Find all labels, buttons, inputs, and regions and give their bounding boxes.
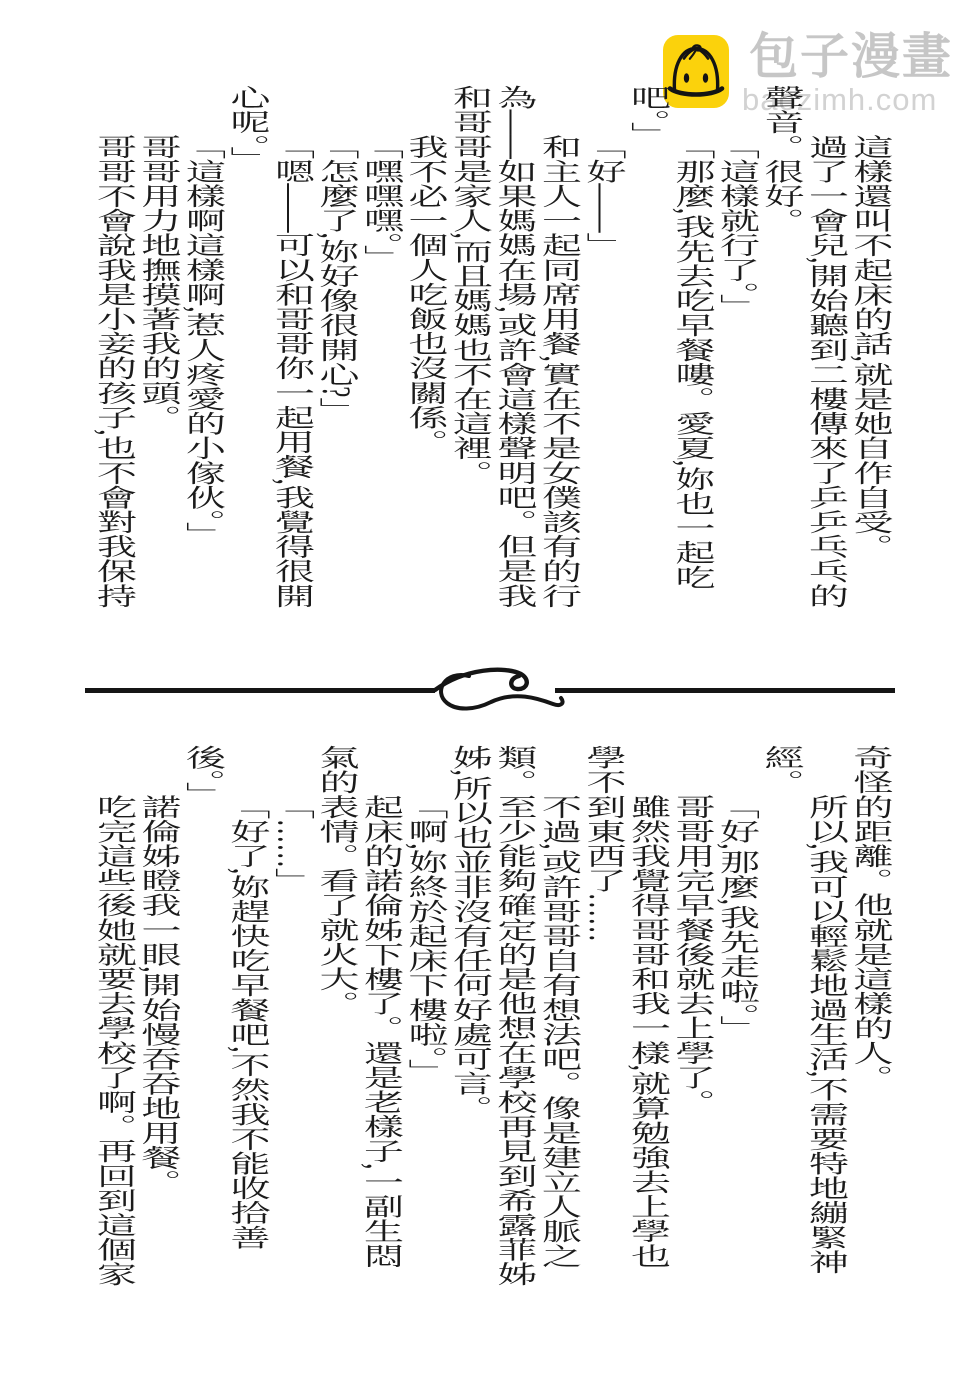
paragraph: 和主人一起同席用餐,實在不是女僕該有的行為——如果媽媽在場,或許會這樣聲明吧。但… <box>447 85 581 626</box>
paragraph: 過了一會兒,開始聽到二樓傳來了乒乒乓乓的聲音。很好。 <box>759 85 848 626</box>
paragraph: 「好,那麼,我先走啦。」 <box>714 745 759 1286</box>
paragraph: 「這樣啊這樣啊,惹人疼愛的小傢伙。」 <box>180 85 225 626</box>
paragraph: 「嗯——可以和哥哥你一起用餐,我覺得很開心呢。」 <box>225 85 314 626</box>
paragraph: 吃完這些後她就要去學校了啊。再回到這個家 <box>91 745 136 1286</box>
paragraph: 不過,或許哥哥自有想法吧。像是建立人脈之類。至少能夠確定的是他想在學校再見到希露… <box>447 745 581 1286</box>
paragraph: 起床的諾倫姊下樓了。還是老樣子,一副生悶氣的表情。看了就火大。 <box>314 745 403 1286</box>
text-section-top: 這樣還叫不起床的話,就是她自作自受。 過了一會兒,開始聽到二樓傳來了乒乒乓乓的聲… <box>91 85 892 626</box>
paragraph: 奇怪的距離。他就是這樣的人。 <box>848 745 893 1286</box>
paragraph: 哥哥用完早餐後就去上學了。 <box>670 745 715 1286</box>
paragraph: 所以,我可以輕鬆地過生活,不需要特地繃緊神經。 <box>759 745 848 1286</box>
section-divider-flourish <box>85 660 895 724</box>
novel-page-canvas: 包子漫畫 baozimh.com 這樣還叫不起床的話,就是她自作自受。 過了一會… <box>0 0 980 1389</box>
paragraph: 「這樣就行了。」 <box>714 85 759 626</box>
paragraph: 「那麼,我先去吃早餐嘍。愛夏,妳也一起吃吧。」 <box>625 85 714 626</box>
paragraph: 這樣還叫不起床的話,就是她自作自受。 <box>848 85 893 626</box>
watermark-brand-text: 包子漫畫 <box>749 33 953 82</box>
paragraph: 哥哥不會說我是小妾的孩子,也不會對我保持 <box>91 85 136 626</box>
paragraph: 「怎麼了,妳好像很開心?」 <box>314 85 359 626</box>
paragraph: 「嘿嘿嘿。」 <box>358 85 403 626</box>
paragraph: 雖然我覺得哥哥和我一樣,就算勉強去上學也學不到東西了…… <box>581 745 670 1286</box>
paragraph: 「啊,妳終於起床下樓啦。」 <box>403 745 448 1286</box>
paragraph: 「好了,妳趕快吃早餐吧,不然我不能收拾善後。」 <box>180 745 269 1286</box>
paragraph: 哥哥用力地撫摸著我的頭。 <box>136 85 181 626</box>
paragraph: 諾倫姊瞪我一眼,開始慢吞吞地用餐。 <box>136 745 181 1286</box>
paragraph: 我不必一個人吃飯也沒關係。 <box>403 85 448 626</box>
paragraph: 「……」 <box>269 745 314 1286</box>
text-section-bottom: 奇怪的距離。他就是這樣的人。 所以,我可以輕鬆地過生活,不需要特地繃緊神經。 「… <box>91 745 892 1286</box>
paragraph: 「好——」 <box>581 85 626 626</box>
